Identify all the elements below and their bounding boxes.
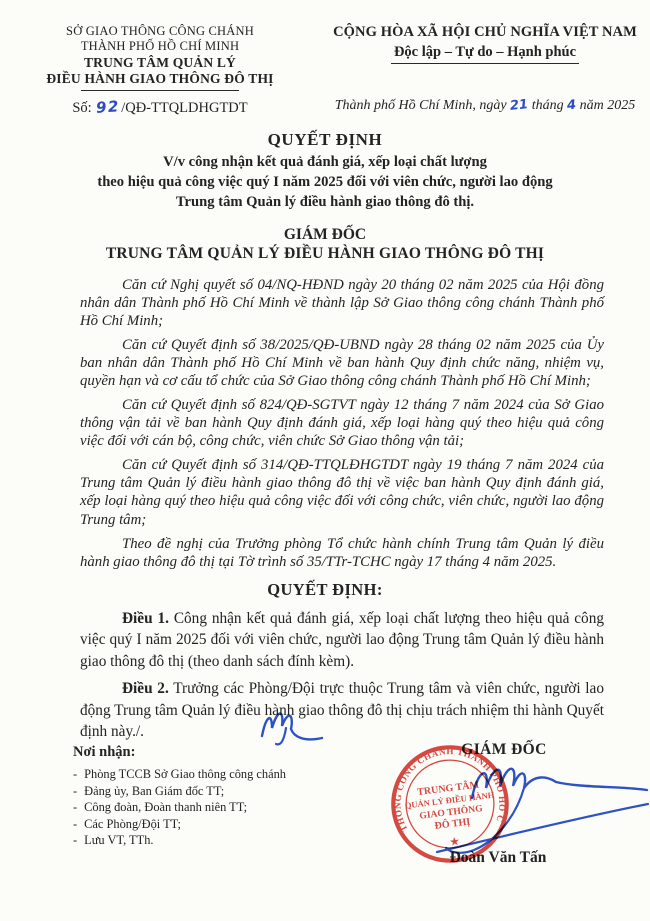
recital-paragraph: Căn cứ Quyết định số 314/QĐ-TTQLĐHGTDT n… (80, 456, 604, 528)
document-number-label: Số: (72, 100, 91, 116)
national-motto: Độc lập – Tự do – Hạnh phúc (320, 44, 650, 61)
recital-paragraph: Theo đề nghị của Trưởng phòng Tổ chức hà… (80, 535, 604, 571)
recital-paragraph: Căn cứ Quyết định số 38/2025/QĐ-UBND ngà… (80, 336, 604, 390)
date-mid: tháng (532, 98, 564, 113)
document-number: Số: 92/QĐ-TTQLDHGTDT (0, 98, 320, 117)
title-block: QUYẾT ĐỊNH V/v công nhận kết quả đánh gi… (0, 130, 650, 263)
article-1-label: Điều 1. (122, 610, 169, 627)
subject-line1: V/v công nhận kết quả đánh giá, xếp loại… (0, 153, 650, 173)
recitals-section: Căn cứ Nghị quyết số 04/NQ-HĐND ngày 20 … (80, 276, 604, 571)
document-number-suffix: /QĐ-TTQLDHGTDT (121, 100, 247, 116)
authority-title: GIÁM ĐỐC (0, 226, 650, 244)
date-day-handwritten: 21 (509, 97, 529, 114)
recital-paragraph: Căn cứ Quyết định số 824/QĐ-SGTVT ngày 1… (80, 396, 604, 450)
article-2-label: Điều 2. (122, 680, 169, 697)
agency-name-line1: TRUNG TÂM QUẢN LÝ (0, 55, 320, 71)
recipient-item: Các Phòng/Đội TT; (73, 816, 373, 833)
recipient-item: Đảng ủy, Ban Giám đốc TT; (73, 783, 373, 800)
issuing-agency-block: SỞ GIAO THÔNG CÔNG CHÁNH THÀNH PHỐ HỒ CH… (0, 24, 320, 117)
motto-divider (391, 63, 579, 64)
agency-parent-line1: SỞ GIAO THÔNG CÔNG CHÁNH (0, 24, 320, 39)
signature-ink (415, 744, 650, 868)
agency-divider (81, 90, 239, 91)
date-month-handwritten: 4 (566, 98, 577, 114)
agency-name-line2: ĐIỀU HÀNH GIAO THÔNG ĐÔ THỊ (0, 71, 320, 87)
recipient-item: Phòng TCCB Sở Giao thông công chánh (73, 766, 373, 783)
document-header: SỞ GIAO THÔNG CÔNG CHÁNH THÀNH PHỐ HỒ CH… (0, 0, 650, 117)
recipients-block: Nơi nhận: Phòng TCCB Sở Giao thông công … (73, 744, 373, 849)
subject-line2: theo hiệu quả công việc quý I năm 2025 đ… (0, 173, 650, 193)
document-page: SỞ GIAO THÔNG CÔNG CHÁNH THÀNH PHỐ HỒ CH… (0, 0, 650, 921)
document-type-heading: QUYẾT ĐỊNH (0, 130, 650, 150)
national-name: CỘNG HÒA XÃ HỘI CHỦ NGHĨA VIỆT NAM (320, 24, 650, 41)
place-date-line: Thành phố Hồ Chí Minh, ngày 21 tháng 4 n… (320, 98, 650, 114)
date-prefix: Thành phố Hồ Chí Minh, ngày (335, 98, 507, 113)
recital-paragraph: Căn cứ Nghị quyết số 04/NQ-HĐND ngày 20 … (80, 276, 604, 330)
recipient-item: Công đoàn, Đoàn thanh niên TT; (73, 799, 373, 816)
national-motto-block: CỘNG HÒA XÃ HỘI CHỦ NGHĨA VIỆT NAM Độc l… (320, 24, 650, 117)
recipients-heading: Nơi nhận: (73, 744, 373, 761)
decision-heading: QUYẾT ĐỊNH: (0, 580, 650, 600)
agency-parent-line2: THÀNH PHỐ HỒ CHÍ MINH (0, 39, 320, 54)
date-suffix: năm 2025 (580, 98, 636, 113)
article-1: Điều 1. Công nhận kết quả đánh giá, xếp … (80, 608, 604, 673)
recipient-item: Lưu VT, TTh. (73, 832, 373, 849)
subject-line3: Trung tâm Quản lý điều hành giao thông đ… (0, 193, 650, 213)
authority-name: TRUNG TÂM QUẢN LÝ ĐIỀU HÀNH GIAO THÔNG Đ… (0, 245, 650, 263)
document-number-handwritten: 92 (96, 98, 121, 118)
